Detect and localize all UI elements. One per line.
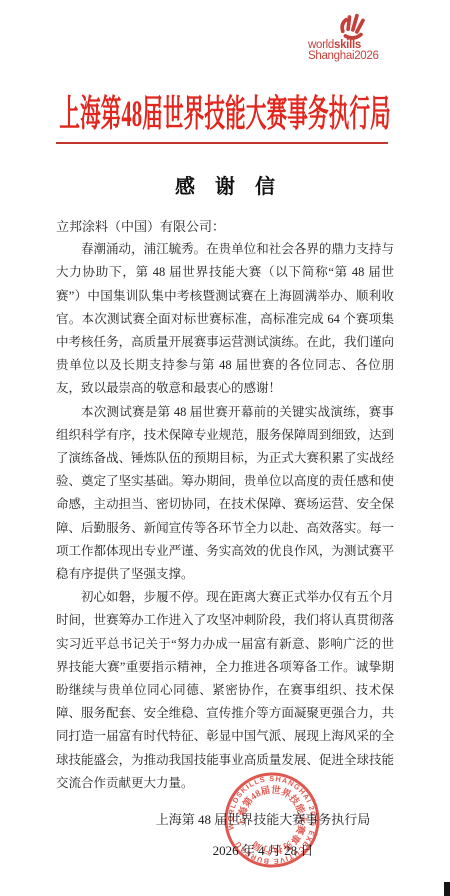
header: 上海第48届世界技能大赛事务执行局 xyxy=(0,84,450,136)
worldskills-hand-icon xyxy=(338,13,365,40)
paragraph-3: 初心如磐，步履不停。现在距离大赛正式举办仅有五个月时间，世赛筹办工作进入了攻坚冲… xyxy=(56,586,394,795)
salutation: 立邦涂料（中国）有限公司： xyxy=(56,215,394,238)
paragraph-1: 春潮涌动，浦江毓秀。在贵单位和社会各界的鼎力支持与大力协助下，第 48 届世界技… xyxy=(56,238,394,400)
letter-body: 立邦涂料（中国）有限公司： 春潮涌动，浦江毓秀。在贵单位和社会各界的鼎力支持与大… xyxy=(56,215,394,795)
org-title: 上海第48届世界技能大赛事务执行局 xyxy=(59,83,391,137)
letter-title: 感 谢 信 xyxy=(0,170,450,199)
worldskills-logo: worldskills Shanghai2026 xyxy=(308,13,388,62)
scan-artifact xyxy=(444,882,450,896)
logo-shanghai2026-text: Shanghai2026 xyxy=(308,51,388,62)
header-divider xyxy=(56,142,388,144)
signature-org: 上海第 48 届世界技能大赛事务执行局 xyxy=(63,804,450,835)
signature-date: 2026 年 4 月 28 日 xyxy=(63,835,450,866)
signature-block: 上海第 48 届世界技能大赛事务执行局 2026 年 4 月 28 日 xyxy=(63,804,450,866)
paragraph-2: 本次测试赛是第 48 届世赛开幕前的关键实战演练，赛事组织科学有序，技术保障专业… xyxy=(56,401,394,587)
letter-page: worldskills Shanghai2026 上海第48届世界技能大赛事务执… xyxy=(0,0,450,896)
